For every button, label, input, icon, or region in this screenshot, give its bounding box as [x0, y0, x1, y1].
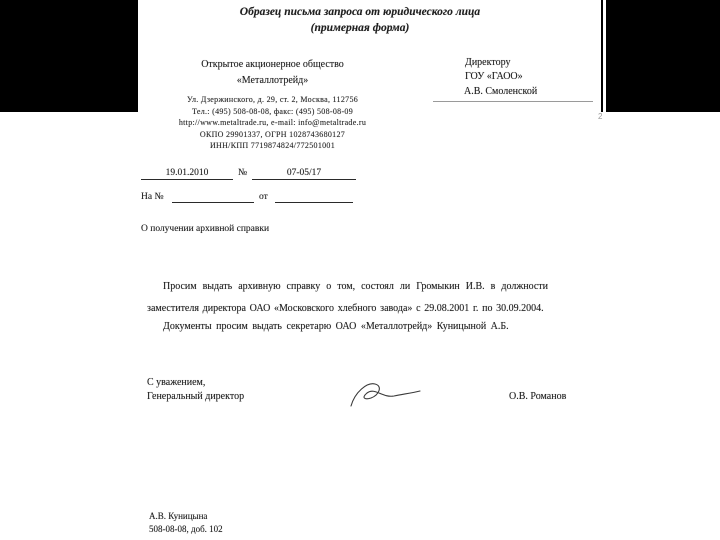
closing-block: С уважением, Генеральный директор	[147, 376, 244, 404]
slide-canvas: 2 Образец письма запроса от юридического…	[0, 0, 720, 540]
number-sign-label: №	[238, 167, 247, 179]
backdrop-top-right	[606, 0, 720, 112]
document-title: Образец письма запроса от юридического л…	[130, 4, 590, 36]
sender-address: Ул. Дзержинского, д. 29, ст. 2, Москва, …	[145, 94, 400, 106]
recipient-rule-line	[433, 94, 593, 102]
sender-org-name-line2: «Металлотрейд»	[145, 73, 400, 89]
sender-letterhead: Открытое акционерное общество «Металлотр…	[145, 57, 400, 89]
ot-blank-field	[275, 191, 353, 203]
sender-phone-fax: Тел.: (495) 508-08-08, факс: (495) 508-0…	[145, 106, 400, 118]
na-number-blank-field	[172, 191, 254, 203]
closing-regards: С уважением,	[147, 376, 244, 390]
document-title-line1: Образец письма запроса от юридического л…	[130, 4, 590, 20]
slide-page-number: 2	[598, 112, 602, 121]
sender-contact-block: Ул. Дзержинского, д. 29, ст. 2, Москва, …	[145, 94, 400, 152]
na-number-label: На №	[141, 191, 164, 203]
signature-scribble	[346, 379, 424, 416]
document-title-line2: (примерная форма)	[130, 20, 590, 36]
sender-org-name-line1: Открытое акционерное общество	[145, 57, 400, 73]
executor-name: А.В. Куницына	[149, 510, 223, 523]
letter-date-field: 19.01.2010	[141, 167, 233, 180]
signer-position: Генеральный директор	[147, 390, 244, 404]
body-line-2: заместителя директора ОАО «Московского х…	[147, 303, 544, 314]
executor-block: А.В. Куницына 508-08-08, доб. 102	[149, 510, 223, 536]
recipient-position: Директору	[465, 57, 510, 69]
sender-okpo-ogrn: ОКПО 29901337, ОГРН 1028743680127	[145, 129, 400, 141]
sender-inn-kpp: ИНН/КПП 7719874824/772501001	[145, 140, 400, 152]
backdrop-top-right-edge	[601, 0, 603, 112]
recipient-organization: ГОУ «ГАОО»	[465, 71, 523, 83]
ot-label: от	[259, 191, 268, 203]
executor-phone: 508-08-08, доб. 102	[149, 523, 223, 536]
backdrop-top-left	[0, 0, 138, 112]
signer-name: О.В. Романов	[509, 391, 566, 402]
body-line-3: Документы просим выдать секретарю ОАО «М…	[163, 321, 509, 332]
body-line-1: Просим выдать архивную справку о том, со…	[163, 281, 548, 292]
sender-web-email: http://www.metaltrade.ru, e-mail: info@m…	[145, 117, 400, 129]
letter-number-field: 07-05/17	[252, 167, 356, 180]
subject-line: О получении архивной справки	[141, 224, 269, 234]
